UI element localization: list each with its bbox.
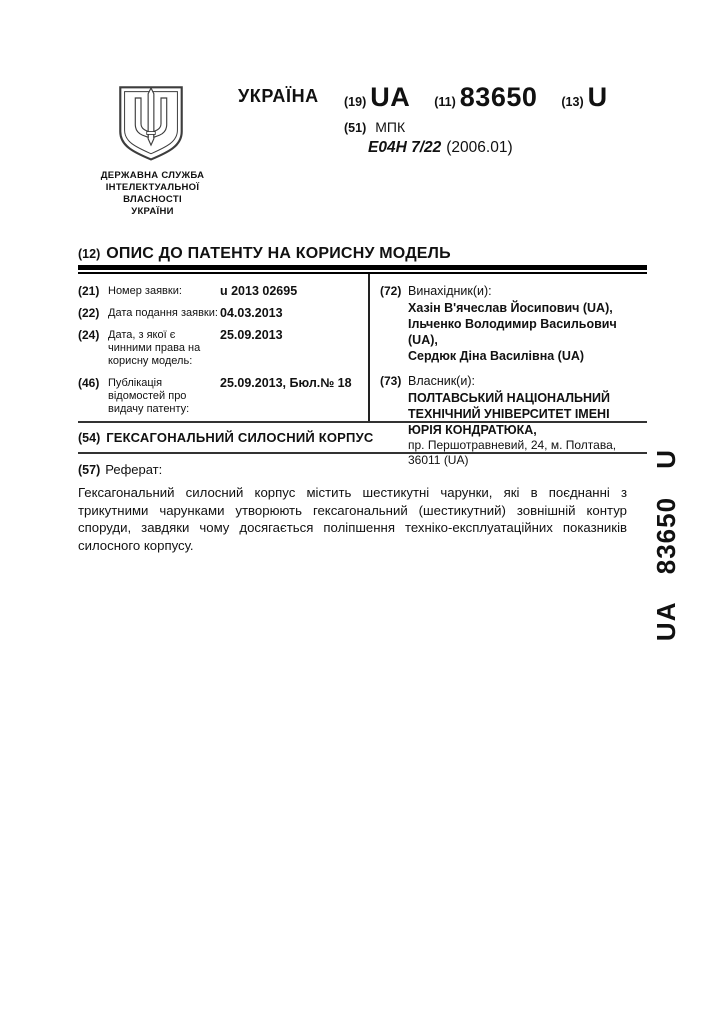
- inid-51: (51): [344, 121, 366, 135]
- publication-number: 83650: [460, 82, 538, 113]
- side-publication-code: UA 83650 U: [651, 415, 693, 675]
- owner-name: ПОЛТАВСЬКИЙ НАЦІОНАЛЬНИЙ ТЕХНІЧНИЙ УНІВЕ…: [408, 390, 642, 438]
- field-effective-date: (24) Дата, з якої є чинними права на кор…: [78, 328, 364, 368]
- inventors-label: Винахідник(и):: [408, 284, 642, 298]
- agency-line: ІНТЕЛЕКТУАЛЬНОЇ: [70, 182, 235, 194]
- agency-name: ДЕРЖАВНА СЛУЖБА ІНТЕЛЕКТУАЛЬНОЇ ВЛАСНОСТ…: [70, 170, 235, 218]
- invention-title: (54) ГЕКСАГОНАЛЬНИЙ СИЛОСНИЙ КОРПУС: [78, 430, 373, 445]
- inventor-name: Хазін В'ячеслав Йосипович (UA),: [408, 300, 642, 316]
- ipc-classification: E04H 7/22 (2006.01): [368, 139, 513, 157]
- owner-label: Власник(и):: [408, 374, 642, 388]
- inventor-name: Сердюк Діна Василівна (UA): [408, 348, 642, 364]
- inid-73: (73): [380, 374, 408, 388]
- inid-13: (13): [561, 95, 583, 109]
- field-value: 25.09.2013: [220, 328, 364, 342]
- inid-57: (57): [78, 463, 100, 477]
- country-name: УКРАЇНА: [238, 86, 319, 107]
- field-value: 25.09.2013, Бюл.№ 18: [220, 376, 364, 390]
- divider-above-title: [78, 421, 647, 423]
- abstract-heading: (57) Реферат:: [78, 462, 162, 477]
- abstract-label: Реферат:: [105, 462, 162, 477]
- field-value: 04.03.2013: [220, 306, 364, 320]
- inid-19: (19): [344, 95, 366, 109]
- divider-thick: [78, 265, 647, 270]
- divider-below-title: [78, 452, 647, 454]
- document-type-text: ОПИС ДО ПАТЕНТУ НА КОРИСНУ МОДЕЛЬ: [106, 245, 451, 263]
- inid-21: (21): [78, 284, 108, 298]
- divider-thin: [78, 272, 647, 274]
- inid-22: (22): [78, 306, 108, 320]
- biblio-left-column: (21) Номер заявки: u 2013 02695 (22) Дат…: [78, 284, 364, 424]
- inid-72: (72): [380, 284, 408, 298]
- agency-line: ВЛАСНОСТІ: [70, 194, 235, 206]
- country-code: UA: [370, 82, 410, 113]
- publication-codes: (19) UA (11) 83650 (13) U: [344, 82, 608, 113]
- inventor-name: Ільченко Володимир Васильович (UA),: [408, 316, 642, 348]
- inid-24: (24): [78, 328, 108, 342]
- field-publication-info: (46) Публікація відомостей про видачу па…: [78, 376, 364, 416]
- inid-46: (46): [78, 376, 108, 390]
- field-filing-date: (22) Дата подання заявки: 04.03.2013: [78, 306, 364, 320]
- ipc-version: (2006.01): [446, 139, 512, 157]
- column-divider: [368, 274, 370, 421]
- kind-code: U: [588, 82, 608, 113]
- field-label: Публікація відомостей про видачу патенту…: [108, 376, 220, 416]
- invention-title-text: ГЕКСАГОНАЛЬНИЙ СИЛОСНИЙ КОРПУС: [106, 430, 373, 445]
- field-label: Номер заявки:: [108, 284, 220, 298]
- inid-12: (12): [78, 247, 100, 261]
- field-inventors: (72) Винахідник(и): Хазін В'ячеслав Йоси…: [380, 284, 642, 364]
- patent-front-page: ДЕРЖАВНА СЛУЖБА ІНТЕЛЕКТУАЛЬНОЇ ВЛАСНОСТ…: [0, 0, 724, 1024]
- ipc-class-code: E04H 7/22: [368, 139, 441, 157]
- field-label: Дата подання заявки:: [108, 306, 220, 320]
- ukraine-trident-emblem: [112, 83, 190, 163]
- abstract-text: Гексагональний силосний корпус містить ш…: [78, 484, 627, 554]
- agency-line: УКРАЇНИ: [70, 206, 235, 218]
- agency-line: ДЕРЖАВНА СЛУЖБА: [70, 170, 235, 182]
- field-value: u 2013 02695: [220, 284, 364, 298]
- document-type-title: (12) ОПИС ДО ПАТЕНТУ НА КОРИСНУ МОДЕЛЬ: [78, 245, 451, 263]
- field-label: Дата, з якої є чинними права на корисну …: [108, 328, 220, 368]
- inid-54: (54): [78, 431, 100, 445]
- biblio-right-column: (72) Винахідник(и): Хазін В'ячеслав Йоси…: [380, 284, 642, 478]
- field-application-number: (21) Номер заявки: u 2013 02695: [78, 284, 364, 298]
- inid-11: (11): [434, 95, 456, 109]
- ipc-label: МПК: [375, 119, 405, 135]
- ipc-heading: (51) МПК: [344, 119, 405, 135]
